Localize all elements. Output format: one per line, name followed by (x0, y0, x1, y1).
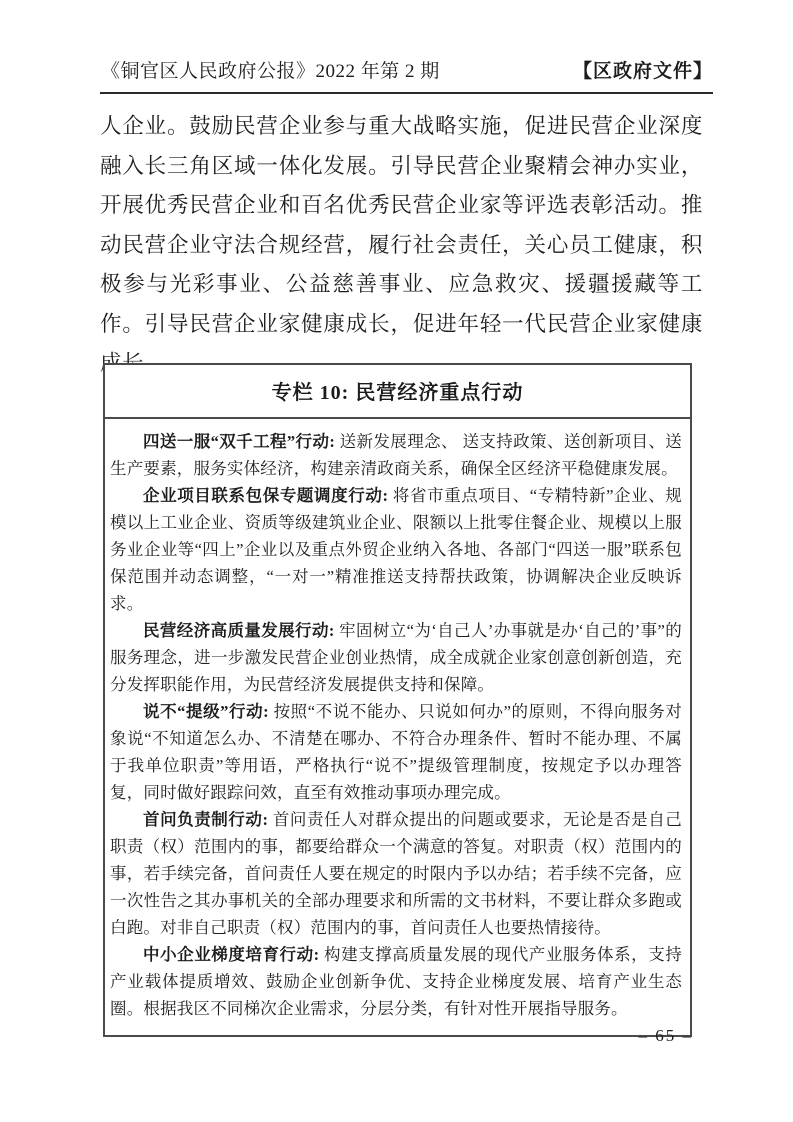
header-publication-title: 《铜官区人民政府公报》2022 年第 2 期 (101, 56, 440, 83)
box-item: 民营经济高质量发展行动: 牢固树立“为‘自己人’办事就是办‘自己的’事”的服务理… (110, 617, 682, 698)
body-paragraph: 人企业。鼓励民营企业参与重大战略实施，促进民营企业深度融入长三角区域一体化发展。… (100, 107, 703, 384)
box-item-label: 四送一服“双千工程”行动: (143, 432, 340, 451)
box-item: 四送一服“双千工程”行动: 送新发展理念、 送支持政策、送创新项目、送生产要素，… (110, 428, 682, 482)
box-item: 中小企业梯度培育行动: 构建支撑高质量发展的现代产业服务体系，支持产业载体提质增… (110, 941, 682, 1022)
box-item-label: 说不“提级”行动: (143, 702, 274, 721)
box-item: 说不“提级”行动: 按照“不说不能办、只说如何办”的原则，不得向服务对象说“不知… (110, 698, 682, 806)
box-item: 企业项目联系包保专题调度行动: 将省市重点项目、“专精特新”企业、规模以上工业企… (110, 482, 682, 617)
gazette-page: 《铜官区人民政府公报》2022 年第 2 期 【区政府文件】 人企业。鼓励民营企… (0, 0, 793, 1122)
header-divider (100, 92, 713, 94)
box-item-label: 民营经济高质量发展行动: (143, 621, 339, 640)
page-header: 《铜官区人民政府公报》2022 年第 2 期 【区政府文件】 (101, 56, 713, 83)
box-item-label: 企业项目联系包保专题调度行动: (143, 486, 393, 505)
column-box-body: 四送一服“双千工程”行动: 送新发展理念、 送支持政策、送创新项目、送生产要素，… (105, 419, 690, 1035)
column-box: 专栏 10: 民营经济重点行动 四送一服“双千工程”行动: 送新发展理念、 送支… (103, 363, 692, 1037)
column-box-title: 专栏 10: 民营经济重点行动 (105, 365, 690, 419)
box-item-text: 将省市重点项目、“专精特新”企业、规模以上工业企业、资质等级建筑业企业、限额以上… (110, 486, 682, 613)
page-number: – 65 – (639, 1026, 694, 1045)
box-item-label: 中小企业梯度培育行动: (143, 945, 324, 964)
header-section-label: 【区政府文件】 (573, 56, 713, 83)
page-footer: – 65 – (639, 1026, 694, 1046)
box-item-text: 首问责任人对群众提出的问题或要求，无论是否是自己职责（权）范围内的事，都要给群众… (110, 810, 682, 937)
box-item-label: 首问负责制行动: (143, 810, 273, 829)
box-item: 首问负责制行动: 首问责任人对群众提出的问题或要求，无论是否是自己职责（权）范围… (110, 806, 682, 941)
